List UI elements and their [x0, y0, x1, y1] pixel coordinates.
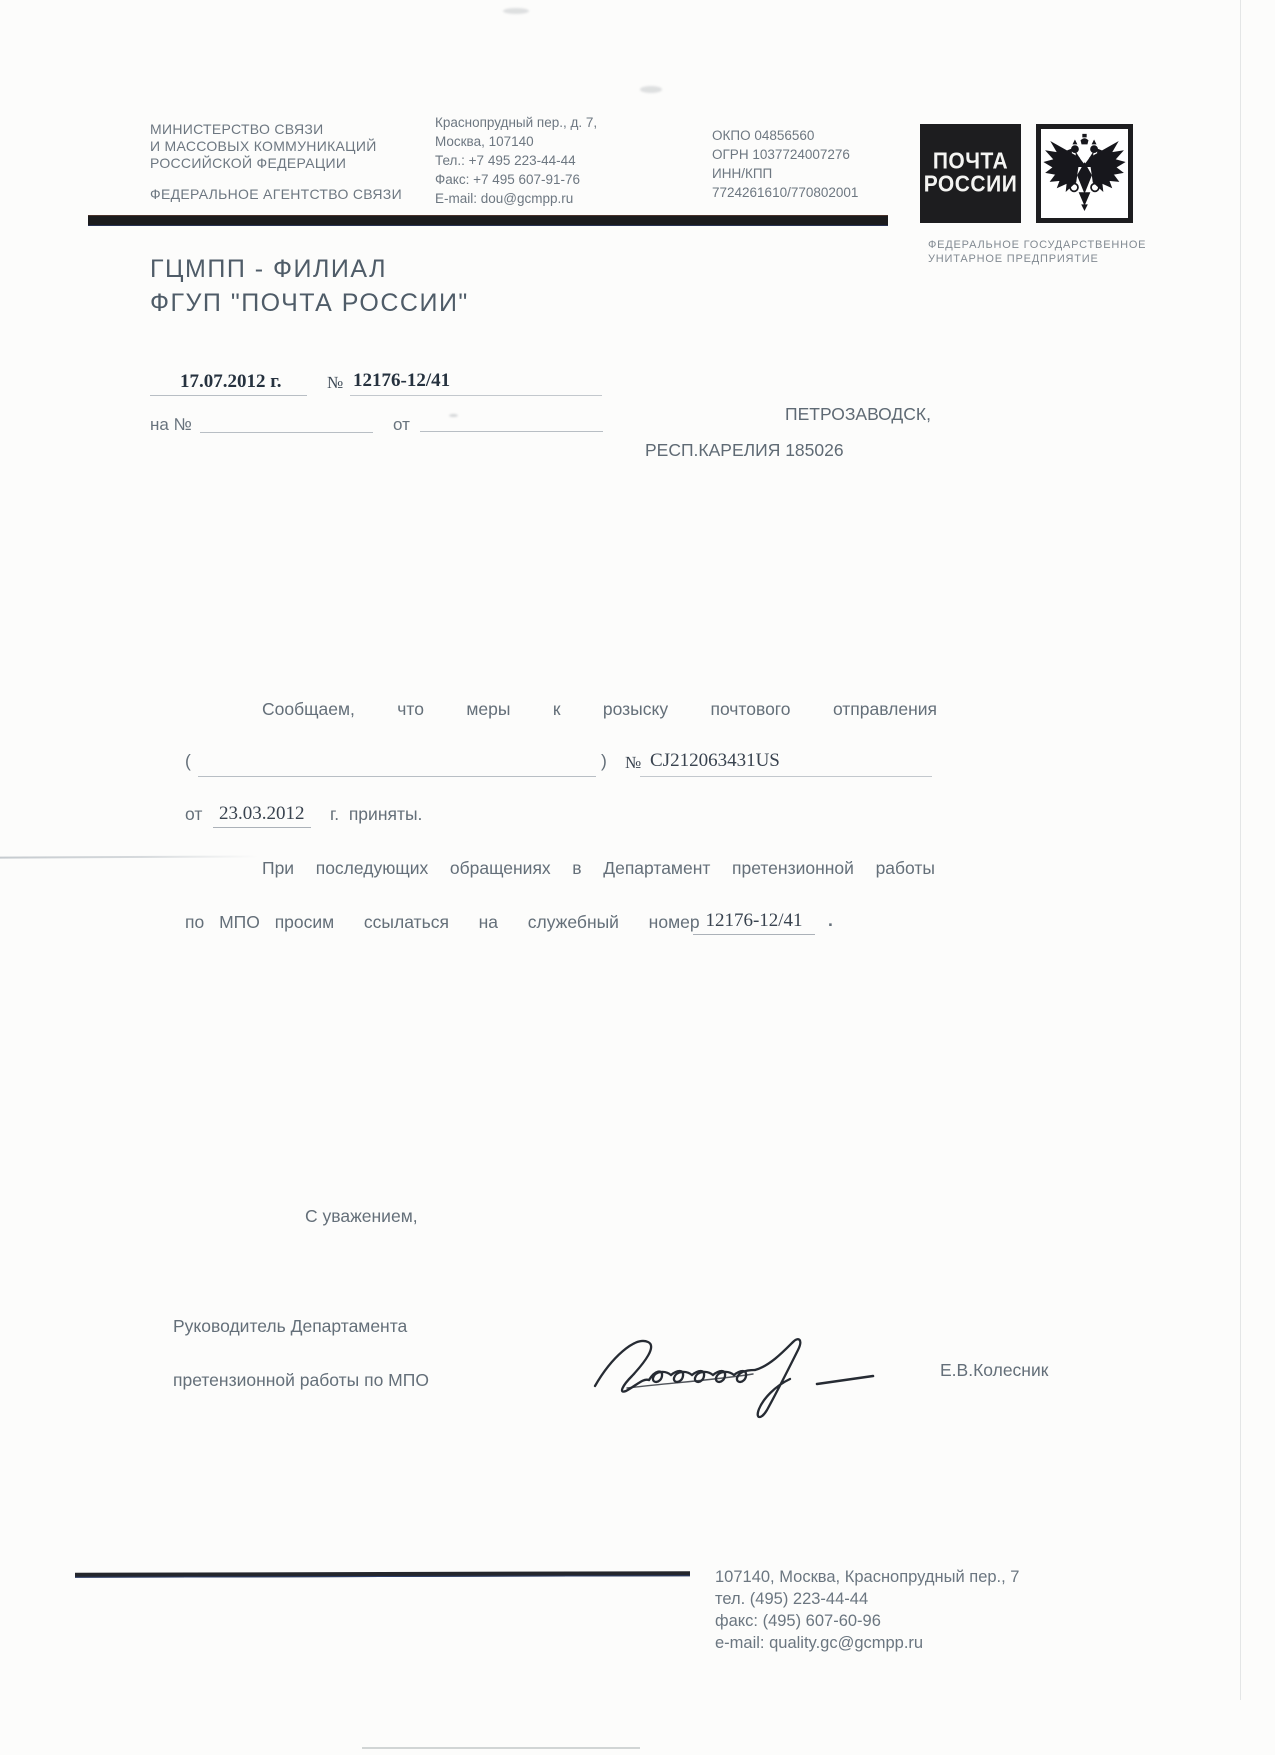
contact-line: Москва, 107140: [435, 132, 597, 151]
pochta-rossii-logo-text: ПОЧТА РОССИИ: [920, 124, 1021, 223]
federal-agency-line: ФЕДЕРАЛЬНОЕ АГЕНТСТВО СВЯЗИ: [150, 186, 402, 202]
date-underline: [150, 395, 307, 396]
sender-contact-block: Краснопрудный пер., д. 7, Москва, 107140…: [435, 113, 597, 208]
footer-line: факс: (495) 607-60-96: [715, 1610, 1019, 1632]
inn-kpp-value: 7724261610/770802001: [712, 183, 858, 202]
scan-smudge: [503, 8, 529, 14]
signer-title-line1: Руководитель Департамента: [173, 1316, 407, 1337]
contact-line: E-mail: dou@gcmpp.ru: [435, 189, 597, 208]
scan-smudge: [640, 86, 662, 93]
scan-edge-line: [1240, 0, 1241, 1700]
service-number: 12176-12/41: [693, 910, 815, 935]
footer-line: тел. (495) 223-44-44: [715, 1588, 1019, 1610]
footer-line: 107140, Москва, Краснопрудный пер., 7: [715, 1566, 1019, 1588]
sender-ministry-block: МИНИСТЕРСТВО СВЯЗИ И МАССОВЫХ КОММУНИКАЦ…: [150, 121, 377, 172]
from-label: от: [393, 415, 410, 435]
pochta-rossii-logo-square: ПОЧТА РОССИИ: [920, 124, 1021, 223]
recipient-region: РЕСП.КАРЕЛИЯ 185026: [645, 440, 844, 461]
letter-date: 17.07.2012 г.: [180, 371, 282, 393]
on-number-blank: [200, 432, 373, 433]
footer-line: e-mail: quality.gc@gcmpp.ru: [715, 1632, 1019, 1654]
ministry-line: И МАССОВЫХ КОММУНИКАЦИЙ: [150, 138, 377, 155]
tracking-underline: [640, 776, 932, 777]
footer-contact-block: 107140, Москва, Краснопрудный пер., 7 те…: [715, 1566, 1019, 1654]
accepted-text: г. приняты.: [330, 804, 422, 825]
body-paragraph-1: Сообщаем, что меры к розыску почтового о…: [262, 699, 937, 720]
sender-codes-block: ОКПО 04856560 ОГРН 1037724007276 ИНН/КПП…: [712, 126, 858, 202]
handwritten-signature: [585, 1322, 915, 1432]
ministry-line: МИНИСТЕРСТВО СВЯЗИ: [150, 121, 377, 138]
scan-bottom-artifact: [362, 1747, 640, 1749]
blank-line-parenthetical: [198, 776, 596, 777]
logo-caption-line: УНИТАРНОЕ ПРЕДПРИЯТИЕ: [928, 252, 1146, 266]
signer-title-line2: претензионной работы по МПО: [173, 1370, 429, 1391]
recipient-city: ПЕТРОЗАВОДСК,: [785, 404, 931, 425]
scanned-letter-page: МИНИСТЕРСТВО СВЯЗИ И МАССОВЫХ КОММУНИКАЦ…: [0, 0, 1275, 1755]
accepted-from-label: от: [185, 804, 202, 825]
header-divider-bar: [88, 215, 888, 226]
body-paragraph-2-line2: по МПО просим ссылаться на служебный ном…: [185, 912, 700, 933]
ogrn-line: ОГРН 1037724007276: [712, 145, 858, 164]
tracking-number: CJ212063431US: [650, 750, 780, 772]
sentence-period: .: [828, 910, 833, 931]
accepted-date: 23.03.2012: [213, 803, 311, 828]
regards-line: С уважением,: [305, 1206, 418, 1227]
org-line: ГЦМПП - ФИЛИАЛ: [150, 252, 469, 286]
ministry-line: РОССИЙСКОЙ ФЕДЕРАЦИИ: [150, 155, 377, 172]
from-blank: [420, 431, 603, 432]
inn-kpp-label: ИНН/КПП: [712, 164, 858, 183]
number-sign: №: [327, 373, 343, 393]
letter-number: 12176-12/41: [353, 370, 450, 392]
pen-dot: [449, 414, 458, 417]
body-paragraph-2-line1: При последующих обращениях в Департамент…: [262, 858, 935, 879]
contact-line: Краснопрудный пер., д. 7,: [435, 113, 597, 132]
logo-word-rossii: РОССИИ: [924, 173, 1018, 198]
logo-caption: ФЕДЕРАЛЬНОЕ ГОСУДАРСТВЕННОЕ УНИТАРНОЕ ПР…: [928, 238, 1146, 266]
number-underline: [350, 395, 602, 396]
contact-line: Тел.: +7 495 223-44-44: [435, 151, 597, 170]
paren-close: ): [601, 751, 607, 772]
on-number-label: на №: [150, 415, 192, 435]
okpo-line: ОКПО 04856560: [712, 126, 858, 145]
double-headed-eagle-icon: [1041, 129, 1128, 218]
scan-fold-line: [0, 855, 258, 858]
contact-line: Факс: +7 495 607-91-76: [435, 170, 597, 189]
org-line: ФГУП "ПОЧТА РОССИИ": [150, 286, 469, 320]
footer-rule: [75, 1571, 690, 1578]
tracking-number-sign: №: [625, 753, 641, 773]
signer-name: Е.В.Колесник: [940, 1360, 1048, 1381]
organization-name: ГЦМПП - ФИЛИАЛ ФГУП "ПОЧТА РОССИИ": [150, 252, 469, 320]
logo-caption-line: ФЕДЕРАЛЬНОЕ ГОСУДАРСТВЕННОЕ: [928, 238, 1146, 252]
emblem-square: [1036, 124, 1133, 223]
paren-open: (: [185, 751, 191, 772]
